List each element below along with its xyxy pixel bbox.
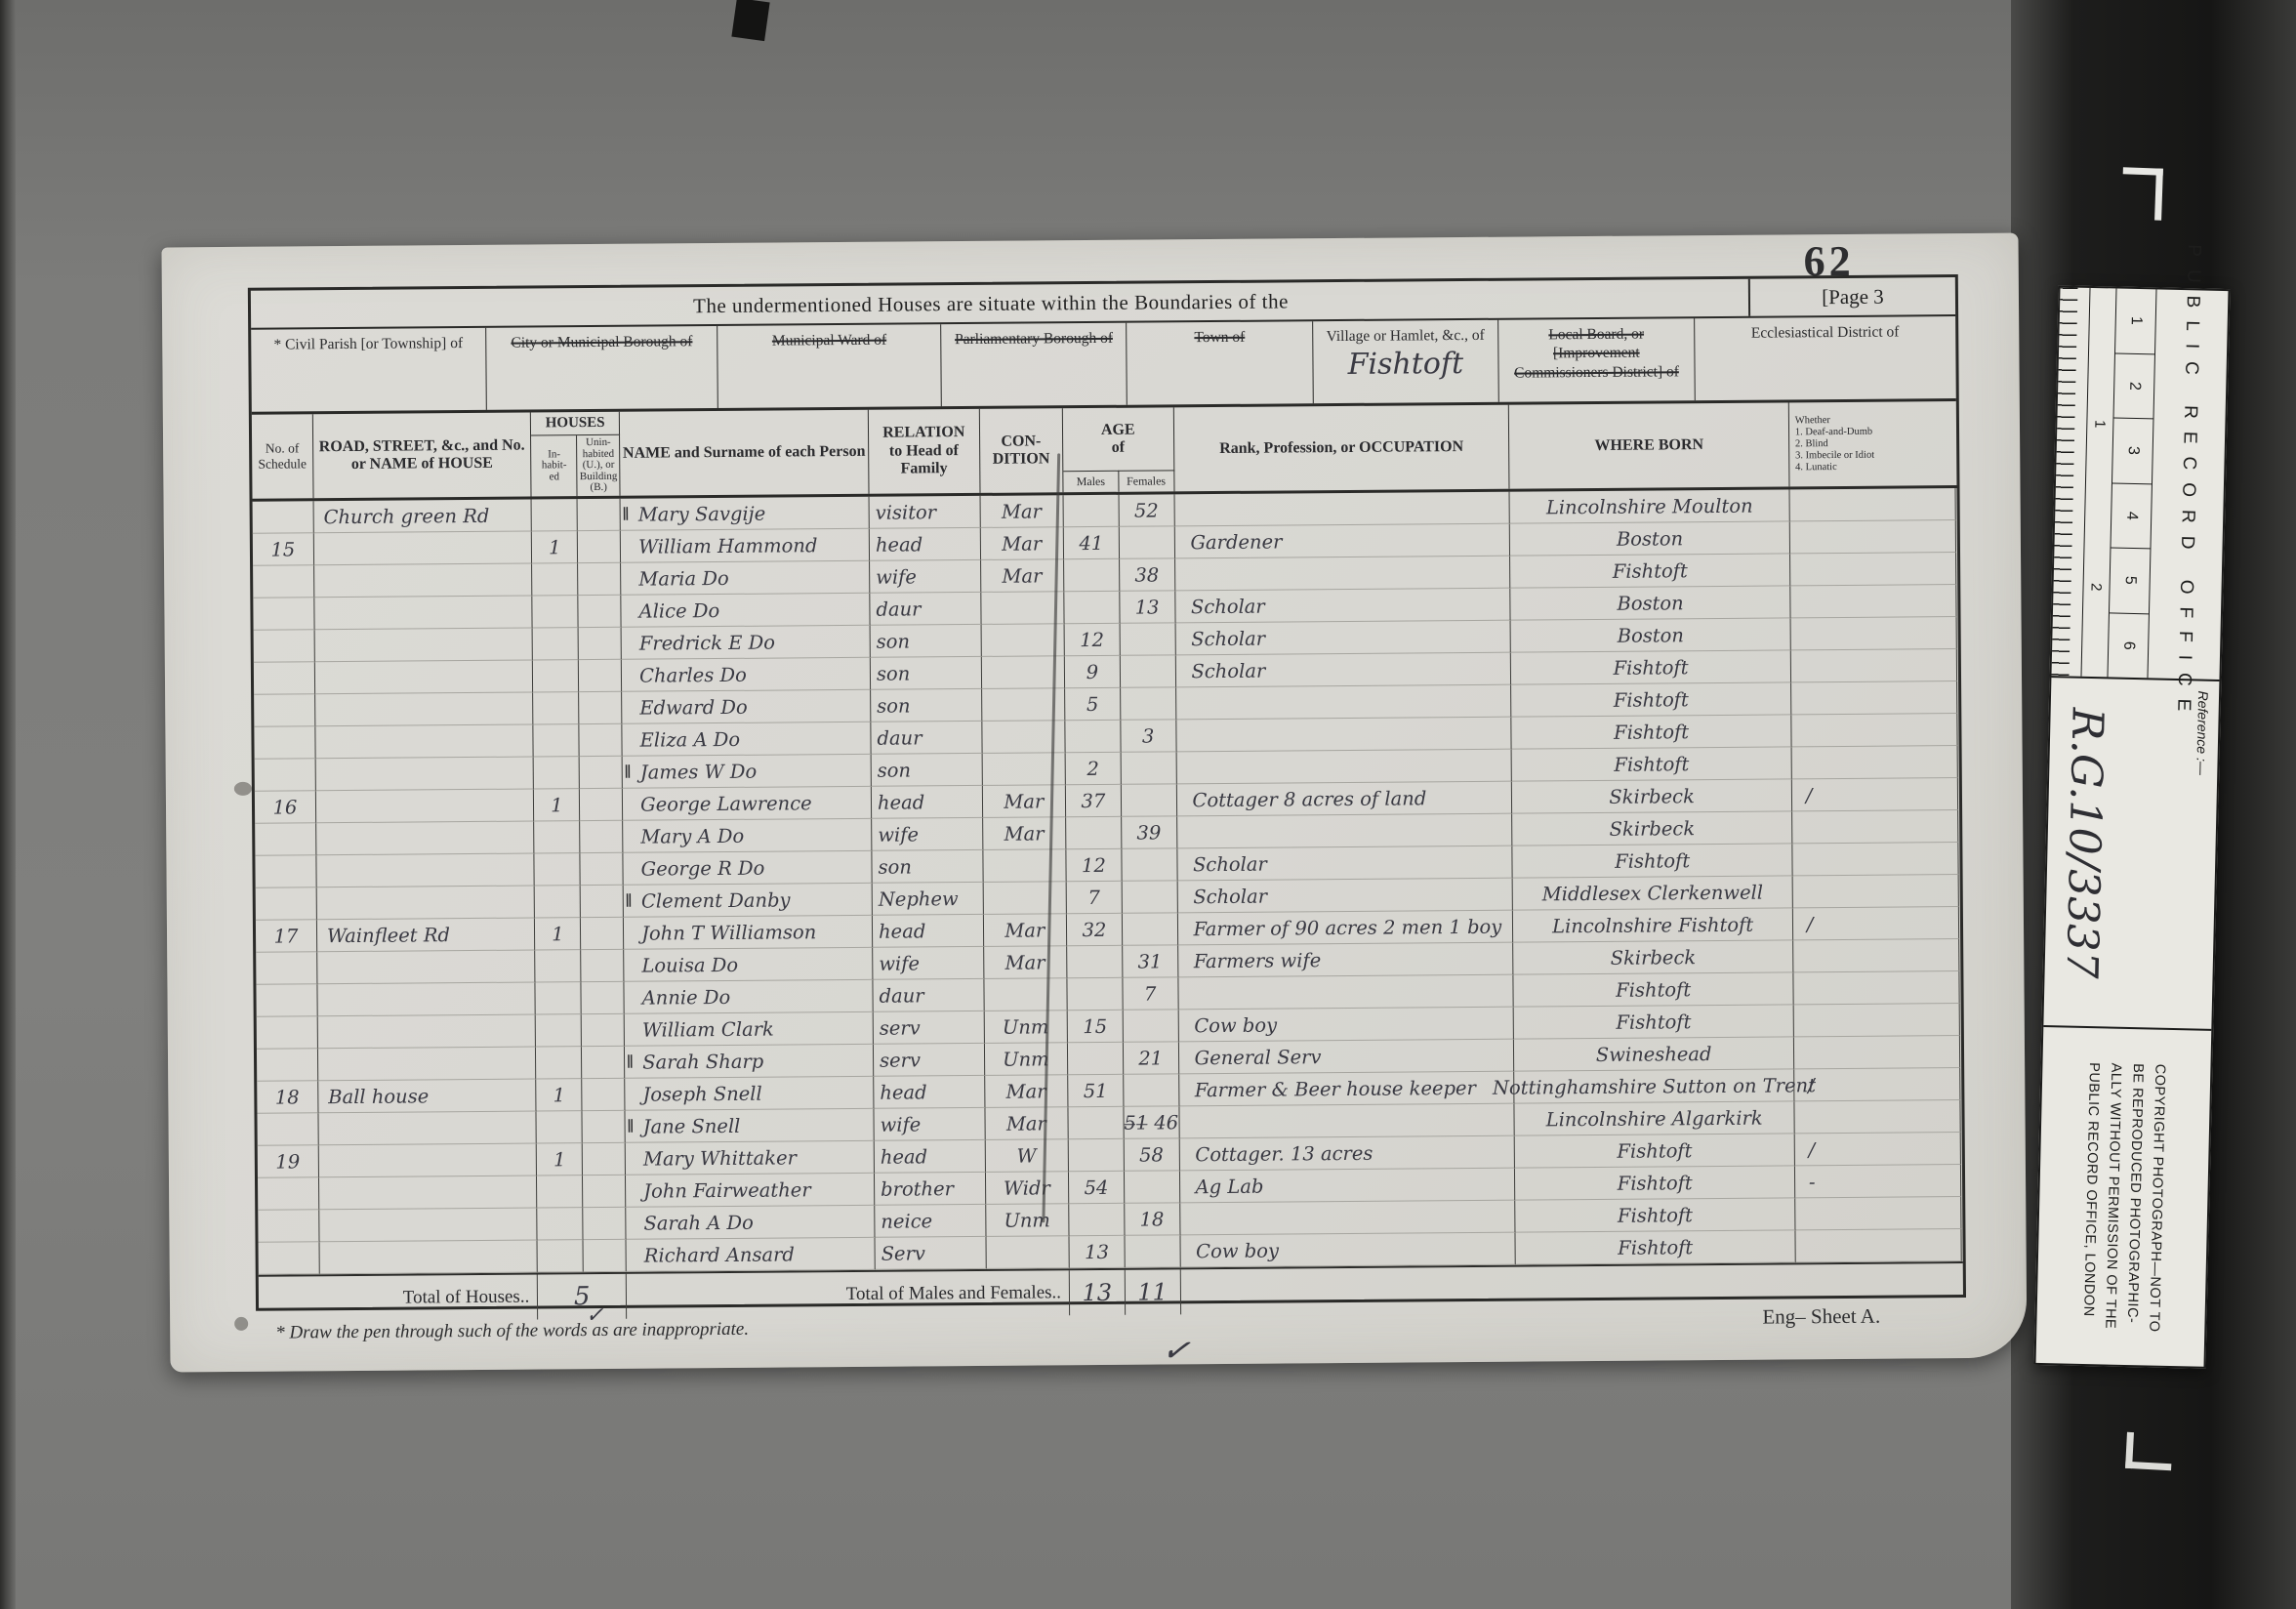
ruler-inch-number: 2: [2113, 353, 2153, 419]
table-cell-road: Church green Rd: [313, 500, 532, 534]
table-cell-name: George R Do: [624, 851, 873, 886]
table-cell-inhabited: 1: [534, 789, 580, 821]
table-cell-born: Lincolnshire Algarkirk: [1515, 1101, 1795, 1135]
table-cell-age_f: [1122, 784, 1177, 816]
total-houses-value: 5 ✓: [538, 1274, 627, 1320]
table-cell-name: Sarah A Do: [626, 1206, 875, 1240]
table-cell-relation: serv: [874, 1044, 985, 1077]
table-cell-name: Eliza A Do: [622, 722, 871, 757]
header-field: Municipal Ward of: [718, 324, 942, 408]
double-stroke-mark: ‖: [628, 1113, 643, 1142]
table-cell-road: [317, 887, 536, 921]
table-cell-remark: /: [1795, 1133, 1961, 1166]
column-header-inhabited: In- habit- ed: [531, 435, 578, 496]
table-cell-born: Fishtoft: [1511, 650, 1791, 684]
table-cell-remark: [1789, 488, 1955, 521]
table-cell-remark: /: [1793, 907, 1959, 940]
table-cell-inhabited: [537, 1176, 583, 1208]
table-cell-name: ‖Clement Danby: [624, 884, 873, 918]
column-header-name: NAME and Surname of each Person: [620, 410, 870, 496]
person-name: George R Do: [641, 854, 765, 885]
table-cell-inhabited: [534, 821, 580, 853]
table-cell-born: Boston: [1511, 618, 1791, 652]
table-cell-schedule: 18: [257, 1081, 318, 1113]
table-cell-age_m: [1067, 978, 1123, 1011]
table-cell-name: Alice Do: [621, 594, 870, 628]
table-cell-uninhabited: [580, 692, 623, 724]
table-cell-age_f: [1121, 655, 1176, 687]
table-cell-condition: W: [985, 1139, 1069, 1173]
table-cell-age_m: [1064, 495, 1120, 527]
table-cell-condition: Mar: [982, 785, 1066, 818]
table-cell-age_m: 32: [1067, 914, 1123, 946]
ruler-cm-number: 2: [2087, 583, 2104, 592]
person-name: Jane Snell: [643, 1112, 741, 1142]
table-cell-age_m: [1069, 1139, 1125, 1172]
table-cell-name: George Lawrence: [623, 787, 872, 821]
table-cell-remark: [1791, 681, 1957, 715]
table-cell-born: Fishtoft: [1513, 844, 1793, 878]
person-name: George Lawrence: [640, 789, 812, 819]
table-cell-age_m: 12: [1066, 849, 1122, 882]
table-cell-born: Fishtoft: [1515, 1166, 1795, 1200]
table-cell-inhabited: [536, 982, 582, 1014]
table-cell-age_f: 18: [1125, 1203, 1180, 1235]
table-cell-relation: head: [872, 786, 983, 819]
table-cell-road: [316, 822, 535, 856]
table-cell-inhabited: [537, 1111, 583, 1143]
table-cell-remark: [1793, 939, 1959, 972]
person-name: Clement Danby: [641, 886, 791, 916]
table-cell-age_m: 51: [1068, 1075, 1124, 1107]
header-field: * Civil Parish [or Township] of: [251, 328, 487, 412]
table-cell-uninhabited: [582, 950, 625, 982]
table-cell-inhabited: [535, 886, 581, 918]
table-cell-age_f: 52: [1119, 494, 1174, 526]
column-header-age: AGE of: [1063, 407, 1174, 471]
table-cell-schedule: [257, 1049, 318, 1081]
crop-mark-top: [2121, 167, 2163, 220]
table-cell-occupation: Cottager 8 acres of land: [1176, 782, 1512, 817]
header-field-value: [1505, 383, 1689, 384]
table-cell-schedule: [254, 726, 315, 759]
table-cell-uninhabited: [584, 1208, 627, 1240]
table-cell-inhabited: 1: [532, 531, 578, 563]
table-cell-age_f: [1125, 1171, 1180, 1203]
table-cell-inhabited: [536, 1014, 582, 1047]
table-cell-born: Boston: [1511, 586, 1791, 620]
column-header-uninhabited: Unin- habited (U.), or Building (B.): [578, 435, 621, 496]
header-field: Village or Hamlet, &c., ofFishtoft: [1313, 320, 1499, 403]
table-cell-schedule: [259, 1242, 320, 1274]
table-cell-age_m: [1064, 592, 1120, 624]
table-cell-uninhabited: [581, 918, 624, 950]
table-cell-uninhabited: [584, 1240, 627, 1272]
table-cell-condition: Mar: [984, 946, 1068, 979]
table-cell-remark: [1794, 1036, 1960, 1069]
total-females-value: 11: [1126, 1269, 1181, 1314]
table-cell-relation: head: [873, 915, 984, 948]
table-cell-occupation: [1175, 557, 1511, 592]
table-cell-relation: daur: [871, 722, 982, 755]
table-cell-age_f: 39: [1122, 816, 1177, 848]
table-cell-name: Richard Ansard: [627, 1238, 876, 1272]
table-cell-name: John T Williamson: [624, 916, 873, 950]
column-header-infirmity: Whether 1. Deaf-and-Dumb 2. Blind 3. Imb…: [1789, 401, 1956, 486]
ruler-inch-number: 3: [2112, 418, 2152, 483]
table-cell-inhabited: [536, 950, 582, 982]
table-cell-road: [315, 725, 534, 760]
ruler-inch-number: 1: [2115, 289, 2155, 354]
table-cell-schedule: 17: [256, 920, 317, 952]
header-field: Ecclesiastical District of: [1695, 316, 1956, 400]
table-cell-occupation: Scholar: [1177, 846, 1513, 882]
table-cell-age_m: 13: [1070, 1236, 1126, 1268]
table-cell-name: William Hammond: [621, 529, 870, 563]
header-field-label: Parliamentary Borough of: [947, 329, 1120, 350]
table-cell-age_m: [1067, 946, 1123, 978]
table-cell-condition: Mar: [980, 527, 1064, 560]
table-cell-schedule: [257, 1113, 318, 1145]
table-cell-uninhabited: [580, 724, 623, 757]
table-cell-inhabited: [533, 660, 579, 692]
table-cell-remark: [1792, 810, 1958, 844]
census-photograph: { "page": { "stamp_number": "62", "page_…: [0, 0, 2296, 1609]
table-cell-age_m: 7: [1067, 882, 1123, 914]
person-name: Eliza A Do: [639, 725, 740, 756]
table-cell-relation: head: [870, 528, 981, 561]
census-form: The undermentioned Houses are situate wi…: [248, 274, 1966, 1311]
table-cell-born: Boston: [1510, 521, 1790, 556]
person-name: Fredrick E Do: [639, 629, 775, 659]
table-cell-occupation: Gardener: [1174, 524, 1510, 559]
table-cell-condition: [981, 592, 1065, 625]
table-cell-uninhabited: [578, 499, 621, 531]
ink-blot: [234, 1317, 248, 1331]
table-cell-road: [317, 983, 536, 1017]
table-cell-relation: son: [871, 657, 982, 690]
table-cell-relation: Nephew: [873, 883, 984, 916]
person-name: William Clark: [642, 1015, 774, 1046]
table-cell-remark: [1792, 875, 1958, 908]
table-cell-schedule: [256, 984, 317, 1016]
table-cell-age_m: 54: [1069, 1172, 1125, 1204]
table-cell-age_m: [1068, 1107, 1124, 1139]
table-cell-schedule: [257, 1016, 318, 1049]
table-cell-occupation: Scholar: [1175, 653, 1511, 688]
table-cell-age_f: 38: [1120, 558, 1175, 591]
table-cell-born: Fishtoft: [1515, 1134, 1795, 1168]
header-field: Parliamentary Borough of: [941, 323, 1127, 406]
table-cell-inhabited: [533, 628, 579, 660]
table-cell-relation: brother: [875, 1173, 986, 1206]
table-cell-occupation: [1179, 1104, 1515, 1139]
header-field-value: [1701, 343, 1949, 345]
person-name: Joseph Snell: [642, 1080, 762, 1110]
table-cell-uninhabited: [579, 563, 622, 596]
header-field-label: * Civil Parish [or Township] of: [257, 334, 479, 354]
header-field-label: Local Board, or [Improvement Commissione…: [1504, 324, 1688, 383]
table-cell-uninhabited: [579, 628, 622, 660]
table-cell-schedule: [256, 952, 317, 984]
table-cell-relation: wife: [872, 818, 983, 851]
table-cell-uninhabited: [583, 1143, 626, 1176]
table-cell-road: [318, 1111, 537, 1145]
table-cell-age_f: [1120, 623, 1175, 655]
table-cell-schedule: 16: [255, 791, 316, 823]
column-header-relation: RELATION to Head of Family: [869, 409, 980, 494]
column-header-females: Females: [1119, 470, 1174, 491]
table-cell-age_f: 5̶1̶ 46: [1124, 1106, 1179, 1138]
table-cell-occupation: Farmer of 90 acres 2 men 1 boy: [1177, 911, 1513, 946]
table-cell-age_f: [1124, 1074, 1179, 1106]
table-cell-condition: Widr: [985, 1172, 1069, 1205]
census-page: 62 The undermentioned Houses are situate…: [162, 233, 2028, 1373]
column-header-row: No. of Schedule ROAD, STREET, &c., and N…: [252, 401, 1957, 502]
table-cell-road: [318, 1047, 537, 1081]
table-cell-road: [315, 661, 534, 695]
table-cell-road: [314, 597, 533, 631]
table-cell-condition: [984, 978, 1068, 1011]
table-cell-remark: [1790, 585, 1956, 618]
table-cell-remark: [1795, 1197, 1961, 1230]
table-cell-road: [319, 1143, 538, 1177]
table-cell-relation: head: [874, 1076, 985, 1109]
table-cell-uninhabited: [582, 982, 625, 1014]
table-cell-schedule: 15: [253, 533, 314, 565]
table-cell-age_f: 7: [1123, 977, 1178, 1010]
table-cell-inhabited: 1: [537, 1079, 583, 1111]
table-cell-relation: son: [871, 689, 982, 722]
reference-label: Reference :—: [2193, 690, 2211, 775]
table-cell-name: Mary Whittaker: [626, 1141, 875, 1176]
table-cell-inhabited: [533, 596, 579, 628]
table-cell-name: Fredrick E Do: [622, 626, 871, 660]
table-cell-occupation: Ag Lab: [1179, 1169, 1515, 1204]
ruler: 1 2 123456 PUBLIC RECORD OFFICE: [2051, 287, 2228, 681]
table-cell-remark: [1790, 553, 1956, 586]
table-cell-occupation: [1176, 685, 1512, 721]
table-cell-age_f: [1121, 752, 1176, 784]
table-cell-road: [319, 1240, 538, 1274]
ruler-cm-number: 1: [2091, 420, 2108, 429]
table-cell-inhabited: 1: [535, 918, 581, 950]
table-cell-occupation: Cottager. 13 acres: [1179, 1136, 1515, 1172]
table-cell-born: Nottinghamshire Sutton on Trent: [1515, 1069, 1795, 1103]
table-cell-schedule: [254, 662, 315, 694]
table-cell-occupation: [1180, 1201, 1516, 1236]
table-cell-remark: /: [1794, 1068, 1960, 1101]
header-field-value: [1133, 349, 1306, 350]
form-title: The undermentioned Houses are situate wi…: [251, 286, 1731, 322]
table-cell-born: Fishtoft: [1514, 1005, 1794, 1039]
table-cell-relation: serv: [874, 1011, 985, 1045]
table-cell-occupation: General Serv: [1178, 1040, 1514, 1075]
table-cell-name: Mary A Do: [623, 819, 872, 853]
table-cell-age_f: 21: [1124, 1042, 1179, 1074]
table-cell-name: ‖James W Do: [623, 755, 872, 789]
total-houses-label: Total of Houses..: [259, 1274, 539, 1321]
table-cell-inhabited: [534, 757, 580, 789]
table-cell-uninhabited: [578, 531, 621, 563]
table-cell-occupation: Farmer & Beer house keeper: [1179, 1072, 1515, 1107]
table-cell-age_m: [1065, 721, 1121, 753]
table-cell-born: Lincolnshire Moulton: [1510, 489, 1790, 523]
table-cell-occupation: [1177, 814, 1513, 849]
table-cell-road: [316, 790, 535, 824]
header-field-value: [257, 354, 479, 356]
enumeration-table: Church green Rd‖Mary SavgijevisitorMar52…: [253, 488, 1963, 1275]
table-cell-road: [319, 1176, 538, 1210]
table-cell-age_f: 58: [1124, 1138, 1179, 1171]
table-cell-age_f: [1122, 881, 1177, 913]
total-males-females-label: Total of Males and Females..: [627, 1270, 1070, 1319]
page-number-label: [Page 3: [1748, 277, 1955, 316]
table-cell-condition: Mar: [980, 495, 1064, 528]
table-cell-uninhabited: [582, 1014, 625, 1047]
person-name: Louisa Do: [641, 951, 738, 981]
table-cell-age_m: [1066, 817, 1122, 849]
table-cell-relation: visitor: [870, 496, 981, 529]
form-footnote: * Draw the pen through such of the words…: [275, 1319, 749, 1344]
table-cell-condition: Unm: [984, 1043, 1068, 1076]
table-cell-age_m: [1069, 1204, 1125, 1236]
office-name-column: PUBLIC RECORD OFFICE: [2148, 289, 2228, 680]
table-cell-relation: son: [871, 625, 982, 658]
table-cell-remark: [1793, 1004, 1959, 1037]
table-cell-born: Middlesex Clerkenwell: [1513, 876, 1793, 910]
table-cell-relation: wife: [873, 947, 984, 980]
table-cell-remark: [1791, 746, 1957, 779]
table-cell-schedule: [258, 1177, 319, 1210]
table-cell-age_f: 13: [1120, 591, 1175, 623]
table-cell-age_f: 3: [1121, 720, 1176, 752]
table-cell-condition: [983, 882, 1067, 915]
table-cell-inhabited: [533, 692, 579, 724]
table-cell-age_f: [1123, 1010, 1178, 1042]
table-cell-relation: head: [875, 1140, 986, 1174]
table-cell-uninhabited: [581, 886, 624, 918]
table-cell-remark: /: [1792, 778, 1958, 811]
table-cell-condition: [983, 849, 1067, 883]
table-cell-name: Joseph Snell: [625, 1077, 874, 1111]
table-cell-occupation: Scholar: [1175, 621, 1511, 656]
table-cell-age_m: 9: [1065, 656, 1121, 688]
table-cell-inhabited: [535, 853, 581, 886]
table-cell-age_f: [1120, 526, 1175, 558]
table-cell-name: John Fairweather: [626, 1174, 875, 1208]
double-stroke-mark: ‖: [626, 887, 641, 917]
table-cell-schedule: [256, 887, 317, 920]
header-field-value: [492, 352, 711, 354]
table-cell-born: Lincolnshire Fishtoft: [1513, 908, 1793, 942]
reference-number: R.G.10/3337: [2056, 707, 2111, 979]
column-header-occupation: Rank, Profession, or OCCUPATION: [1173, 405, 1510, 492]
table-cell-road: [317, 951, 536, 985]
table-cell-inhabited: [532, 563, 578, 596]
table-cell-inhabited: [538, 1208, 584, 1240]
table-cell-name: ‖Sarah Sharp: [625, 1045, 874, 1079]
table-cell-schedule: [253, 598, 314, 630]
table-cell-condition: Mar: [983, 914, 1067, 947]
table-cell-name: Louisa Do: [624, 948, 873, 982]
table-cell-road: [315, 758, 534, 792]
column-header-where-born: WHERE BORN: [1509, 402, 1789, 488]
table-cell-remark: [1795, 1229, 1961, 1262]
column-header-road: ROAD, STREET, &c., and No. or NAME of HO…: [313, 413, 532, 499]
table-cell-uninhabited: [579, 596, 622, 628]
column-header-males: Males: [1063, 471, 1119, 492]
table-cell-road: [318, 1014, 537, 1049]
table-cell-uninhabited: [583, 1111, 626, 1143]
header-field: Town of: [1127, 321, 1314, 404]
table-cell-name: Charles Do: [622, 658, 871, 692]
table-cell-age_f: [1125, 1235, 1180, 1267]
person-name: Sarah Sharp: [642, 1048, 763, 1078]
table-cell-inhabited: [536, 1047, 582, 1079]
table-cell-age_f: [1123, 913, 1178, 945]
table-cell-remark: [1792, 843, 1958, 876]
person-name: John Fairweather: [643, 1176, 811, 1206]
table-cell-born: Fishtoft: [1514, 972, 1794, 1007]
column-header-condition: CON- DITION: [979, 408, 1063, 493]
table-cell-schedule: [253, 565, 314, 598]
table-cell-condition: Mar: [983, 817, 1067, 850]
table-cell-occupation: Scholar: [1175, 589, 1511, 624]
table-cell-age_m: [1064, 559, 1120, 592]
table-cell-condition: [986, 1236, 1070, 1269]
person-name: Annie Do: [642, 983, 731, 1013]
table-cell-occupation: Cow boy: [1178, 1008, 1514, 1043]
table-cell-born: Swineshead: [1514, 1037, 1794, 1071]
table-cell-born: Fishtoft: [1516, 1230, 1796, 1264]
person-name: Alice Do: [638, 597, 719, 627]
table-cell-inhabited: [532, 499, 578, 531]
stray-check-mark: ✓: [1160, 1330, 1193, 1372]
person-name: William Hammond: [638, 531, 818, 561]
table-cell-condition: Unm: [986, 1204, 1070, 1237]
total-males-value: 13: [1070, 1270, 1126, 1315]
header-field-label: City or Municipal Borough of: [492, 332, 712, 352]
table-cell-inhabited: [538, 1240, 584, 1272]
table-cell-uninhabited: [580, 789, 623, 821]
table-cell-relation: neice: [875, 1205, 986, 1238]
table-cell-schedule: [254, 630, 315, 662]
table-cell-inhabited: 1: [537, 1143, 583, 1176]
table-cell-remark: -: [1795, 1165, 1961, 1198]
person-name: Mary A Do: [640, 822, 744, 852]
table-cell-name: ‖Mary Savgije: [621, 497, 870, 531]
table-cell-road: [314, 532, 533, 566]
table-cell-age_m: 41: [1064, 527, 1120, 559]
table-cell-name: ‖Jane Snell: [626, 1109, 875, 1143]
table-cell-uninhabited: [579, 660, 622, 692]
table-cell-condition: Mar: [985, 1107, 1069, 1140]
table-cell-name: Edward Do: [622, 690, 871, 724]
table-cell-road: Ball house: [318, 1079, 537, 1113]
person-name: Sarah A Do: [643, 1209, 754, 1239]
header-field: City or Municipal Borough of: [486, 326, 718, 410]
table-cell-born: Fishtoft: [1512, 747, 1792, 781]
table-cell-occupation: Scholar: [1177, 879, 1513, 914]
table-cell-road: [319, 1208, 538, 1242]
ink-blot: [234, 782, 252, 796]
table-cell-born: Fishtoft: [1512, 715, 1792, 749]
table-cell-relation: daur: [873, 979, 984, 1012]
header-field-label: Town of: [1133, 327, 1306, 348]
sheet-label: Eng– Sheet A.: [1762, 1304, 1880, 1330]
table-cell-schedule: [255, 855, 316, 887]
